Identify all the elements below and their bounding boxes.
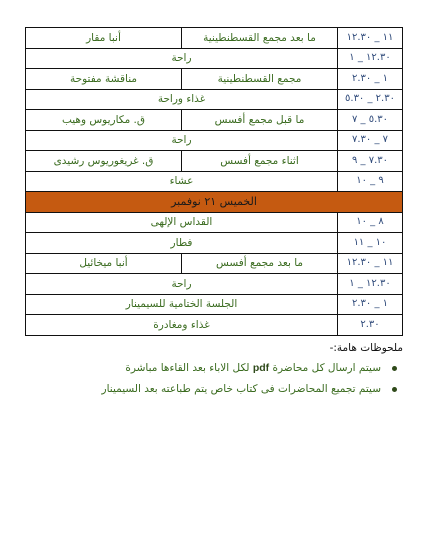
activity-cell: غذاء وراحة [26, 89, 338, 110]
activity-cell: راحة [26, 48, 338, 69]
time-cell: ٧.٣٠ _ ٩ [338, 151, 403, 172]
speaker-cell: أنبا مقار [26, 28, 182, 49]
table-row: ٢.٣٠ غذاء ومغادرة [26, 315, 403, 336]
table-row: ٥.٣٠ _ ٧ ما قبل مجمع أفسس ق. مكاريوس وهي… [26, 110, 403, 131]
time-cell: ١٠ _ ١١ [338, 233, 403, 254]
session-cell: ما بعد مجمع أفسس [182, 253, 338, 274]
time-cell: ١٢.٣٠ _ ١ [338, 274, 403, 295]
activity-cell: غذاء ومغادرة [26, 315, 338, 336]
activity-cell: القداس الإلهى [26, 212, 338, 233]
time-cell: ١١ _ ١٢.٣٠ [338, 253, 403, 274]
activity-cell: الجلسة الختامية للسيمينار [26, 294, 338, 315]
time-cell: ١ _ ٢.٣٠ [338, 294, 403, 315]
day-header-row: الخميس ٢١ نوفمبر [26, 192, 403, 213]
session-cell: ما قبل مجمع أفسس [182, 110, 338, 131]
table-row: ١٢.٣٠ _ ١ راحة [26, 274, 403, 295]
table-row: ١١ _ ١٢.٣٠ ما بعد مجمع أفسس أنبا ميخائيل [26, 253, 403, 274]
time-cell: ٧ _ ٧.٣٠ [338, 130, 403, 151]
table-row: ٧ _ ٧.٣٠ راحة [26, 130, 403, 151]
activity-cell: عشاء [26, 171, 338, 192]
activity-cell: راحة [26, 130, 338, 151]
table-row: ٢.٣٠ _ ٥.٣٠ غذاء وراحة [26, 89, 403, 110]
table-row: ٩ _ ١٠ عشاء [26, 171, 403, 192]
activity-cell: راحة [26, 274, 338, 295]
speaker-cell: ق. غريغوريوس رشيدى [26, 151, 182, 172]
day-header: الخميس ٢١ نوفمبر [26, 192, 403, 213]
table-row: ١ _ ٢.٣٠ الجلسة الختامية للسيمينار [26, 294, 403, 315]
notes-title: ملحوظات هامة:- [23, 342, 403, 354]
note-text: سيتم ارسال كل محاضرة [269, 362, 381, 374]
time-cell: ٥.٣٠ _ ٧ [338, 110, 403, 131]
schedule-table: ١١ _ ١٢.٣٠ ما بعد مجمع القسطنطينية أنبا … [25, 27, 403, 336]
table-row: ١ _ ٢.٣٠ مجمع القسطنطينية مناقشة مفتوحة [26, 69, 403, 90]
table-row: ١١ _ ١٢.٣٠ ما بعد مجمع القسطنطينية أنبا … [26, 28, 403, 49]
note-item: سيتم ارسال كل محاضرة pdf لكل الاباء بعد … [23, 358, 381, 379]
note-text: سيتم تجميع المحاضرات فى كتاب خاص يتم طبا… [102, 383, 381, 395]
table-row: ١٠ _ ١١ فطار [26, 233, 403, 254]
time-cell: ٢.٣٠ [338, 315, 403, 336]
time-cell: ١ _ ٢.٣٠ [338, 69, 403, 90]
notes-section: ملحوظات هامة:- سيتم ارسال كل محاضرة pdf … [23, 342, 403, 400]
bullet-icon [392, 387, 397, 392]
time-cell: ٩ _ ١٠ [338, 171, 403, 192]
notes-list: سيتم ارسال كل محاضرة pdf لكل الاباء بعد … [23, 358, 403, 400]
note-bold-text: pdf [253, 362, 269, 374]
session-cell: اثناء مجمع أفسس [182, 151, 338, 172]
table-row: ٧.٣٠ _ ٩ اثناء مجمع أفسس ق. غريغوريوس رش… [26, 151, 403, 172]
bullet-icon [392, 366, 397, 371]
speaker-cell: ق. مكاريوس وهيب [26, 110, 182, 131]
time-cell: ٢.٣٠ _ ٥.٣٠ [338, 89, 403, 110]
time-cell: ١١ _ ١٢.٣٠ [338, 28, 403, 49]
time-cell: ١٢.٣٠ _ ١ [338, 48, 403, 69]
session-cell: مجمع القسطنطينية [182, 69, 338, 90]
speaker-cell: مناقشة مفتوحة [26, 69, 182, 90]
time-cell: ٨ _ ١٠ [338, 212, 403, 233]
session-cell: ما بعد مجمع القسطنطينية [182, 28, 338, 49]
table-row: ١٢.٣٠ _ ١ راحة [26, 48, 403, 69]
table-row: ٨ _ ١٠ القداس الإلهى [26, 212, 403, 233]
note-text: لكل الاباء بعد القاءها مباشرة [125, 362, 253, 374]
speaker-cell: أنبا ميخائيل [26, 253, 182, 274]
note-item: سيتم تجميع المحاضرات فى كتاب خاص يتم طبا… [23, 379, 381, 400]
activity-cell: فطار [26, 233, 338, 254]
